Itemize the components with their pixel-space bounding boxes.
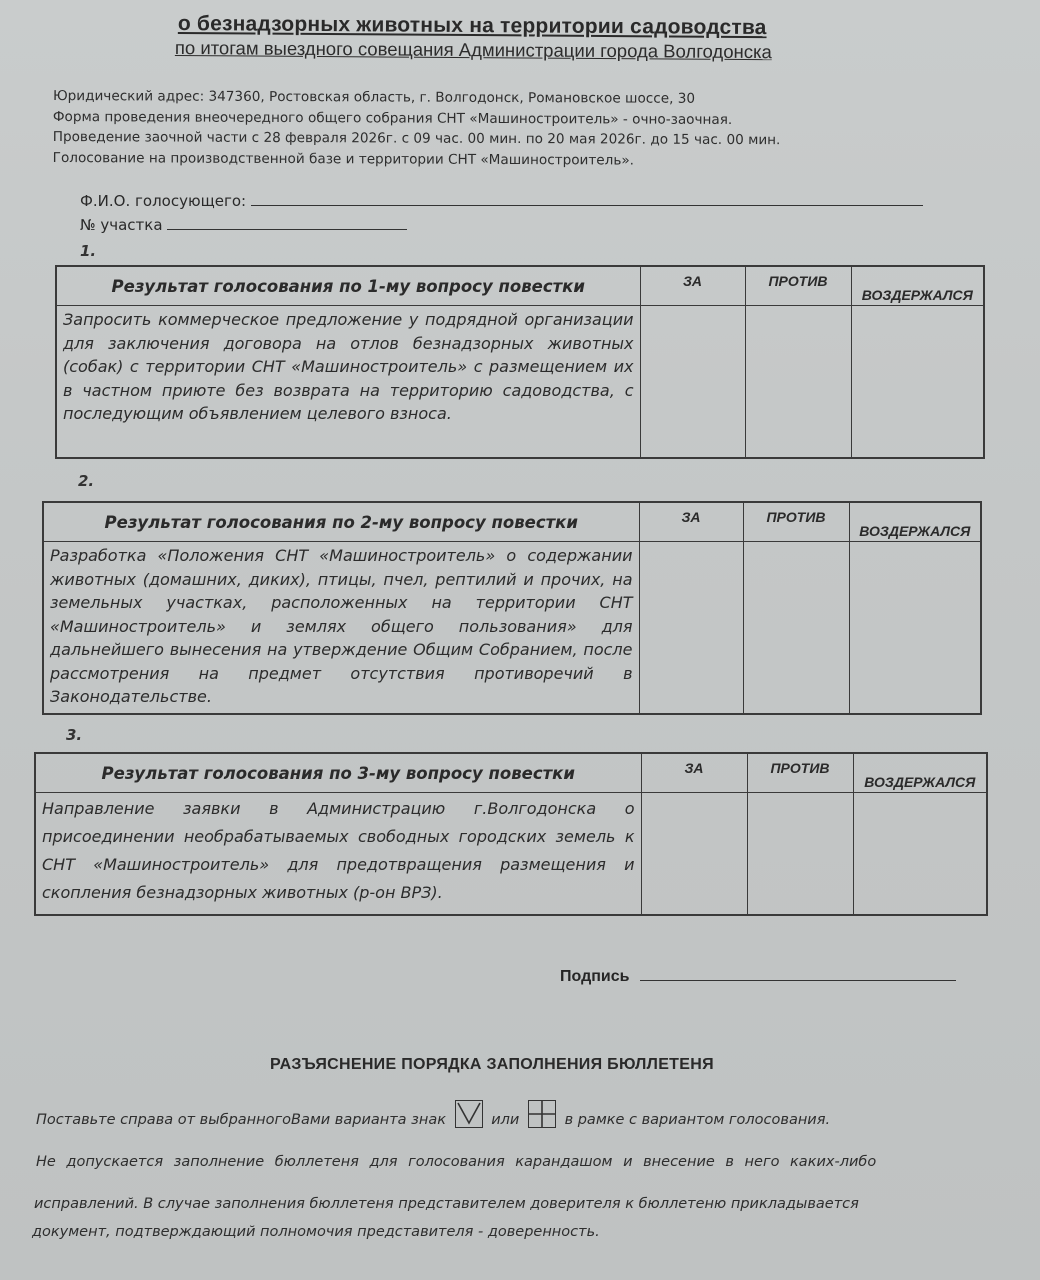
question-number: 3.	[66, 726, 82, 744]
question-text: Разработка «Положения СНТ «Машиностроите…	[43, 542, 639, 714]
check-box-icon	[455, 1100, 483, 1128]
vote-for-box[interactable]	[639, 542, 743, 714]
signature-label: Подпись	[560, 968, 629, 985]
plot-number-label: № участка	[80, 216, 163, 234]
question-header: Результат голосования по 3-му вопросу по…	[35, 753, 641, 793]
question-text: Запросить коммерческое предложение у под…	[56, 306, 640, 458]
vote-for-box[interactable]	[641, 793, 747, 915]
ballot-title: о безнадзорных животных на территории са…	[178, 12, 767, 40]
question-text: Направление заявки в Администрацию г.Вол…	[35, 793, 641, 915]
plot-number-row: № участка	[80, 216, 407, 234]
question-number: 1.	[80, 242, 96, 260]
vote-against-box[interactable]	[743, 542, 849, 714]
question-header: Результат голосования по 1-му вопросу по…	[56, 266, 640, 306]
cross-box-icon	[528, 1100, 556, 1128]
voter-name-label: Ф.И.О. голосующего:	[80, 192, 246, 210]
voter-name-row: Ф.И.О. голосующего:	[80, 192, 923, 210]
signature-field[interactable]	[640, 966, 956, 981]
instruction-line-2: Не допускается заполнение бюллетеня для …	[36, 1154, 876, 1170]
voting-location: Голосование на производственной базе и т…	[53, 147, 781, 171]
vote-abstain-box[interactable]	[849, 542, 981, 714]
question-1-table: Результат голосования по 1-му вопросу по…	[55, 265, 985, 459]
option-for-label: ЗА	[639, 502, 743, 542]
vote-abstain-box[interactable]	[851, 306, 984, 458]
instruction-line-4: документ, подтверждающий полномочия пред…	[32, 1224, 600, 1240]
vote-against-box[interactable]	[745, 306, 851, 458]
option-for-label: ЗА	[640, 266, 745, 306]
question-number: 2.	[78, 472, 94, 490]
option-against-label: ПРОТИВ	[745, 266, 851, 306]
option-for-label: ЗА	[641, 753, 747, 793]
instruction-line-1: Поставьте справа от выбранногоВами вариа…	[36, 1100, 830, 1128]
option-against-label: ПРОТИВ	[743, 502, 849, 542]
explanation-title: РАЗЪЯСНЕНИЕ ПОРЯДКА ЗАПОЛНЕНИЯ БЮЛЛЕТЕНЯ	[270, 1056, 714, 1074]
question-2-table: Результат голосования по 2-му вопросу по…	[42, 501, 982, 715]
vote-for-box[interactable]	[640, 306, 745, 458]
vote-against-box[interactable]	[747, 793, 853, 915]
option-against-label: ПРОТИВ	[747, 753, 853, 793]
plot-number-field[interactable]	[167, 217, 407, 230]
absentee-period: Проведение заочной части с 28 февраля 20…	[53, 127, 781, 151]
option-abstain-label: ВОЗДЕРЖАЛСЯ	[851, 266, 984, 306]
option-abstain-label: ВОЗДЕРЖАЛСЯ	[849, 502, 981, 542]
question-header: Результат голосования по 2-му вопросу по…	[43, 502, 639, 542]
legal-address: Юридический адрес: 347360, Ростовская об…	[53, 86, 781, 110]
vote-abstain-box[interactable]	[853, 793, 987, 915]
meeting-info: Юридический адрес: 347360, Ростовская об…	[53, 86, 781, 171]
instruction-text: или	[491, 1112, 519, 1128]
ballot-subtitle: по итогам выездного совещания Администра…	[175, 37, 772, 63]
question-3-table: Результат голосования по 3-му вопросу по…	[34, 752, 988, 916]
voter-name-field[interactable]	[251, 193, 923, 206]
option-abstain-label: ВОЗДЕРЖАЛСЯ	[853, 753, 987, 793]
instruction-line-3: исправлений. В случае заполнения бюллете…	[34, 1196, 859, 1212]
signature-row: Подпись	[560, 966, 956, 986]
instruction-text: в рамке с вариантом голосования.	[565, 1112, 830, 1128]
instruction-text: Поставьте справа от выбранногоВами вариа…	[36, 1112, 446, 1128]
